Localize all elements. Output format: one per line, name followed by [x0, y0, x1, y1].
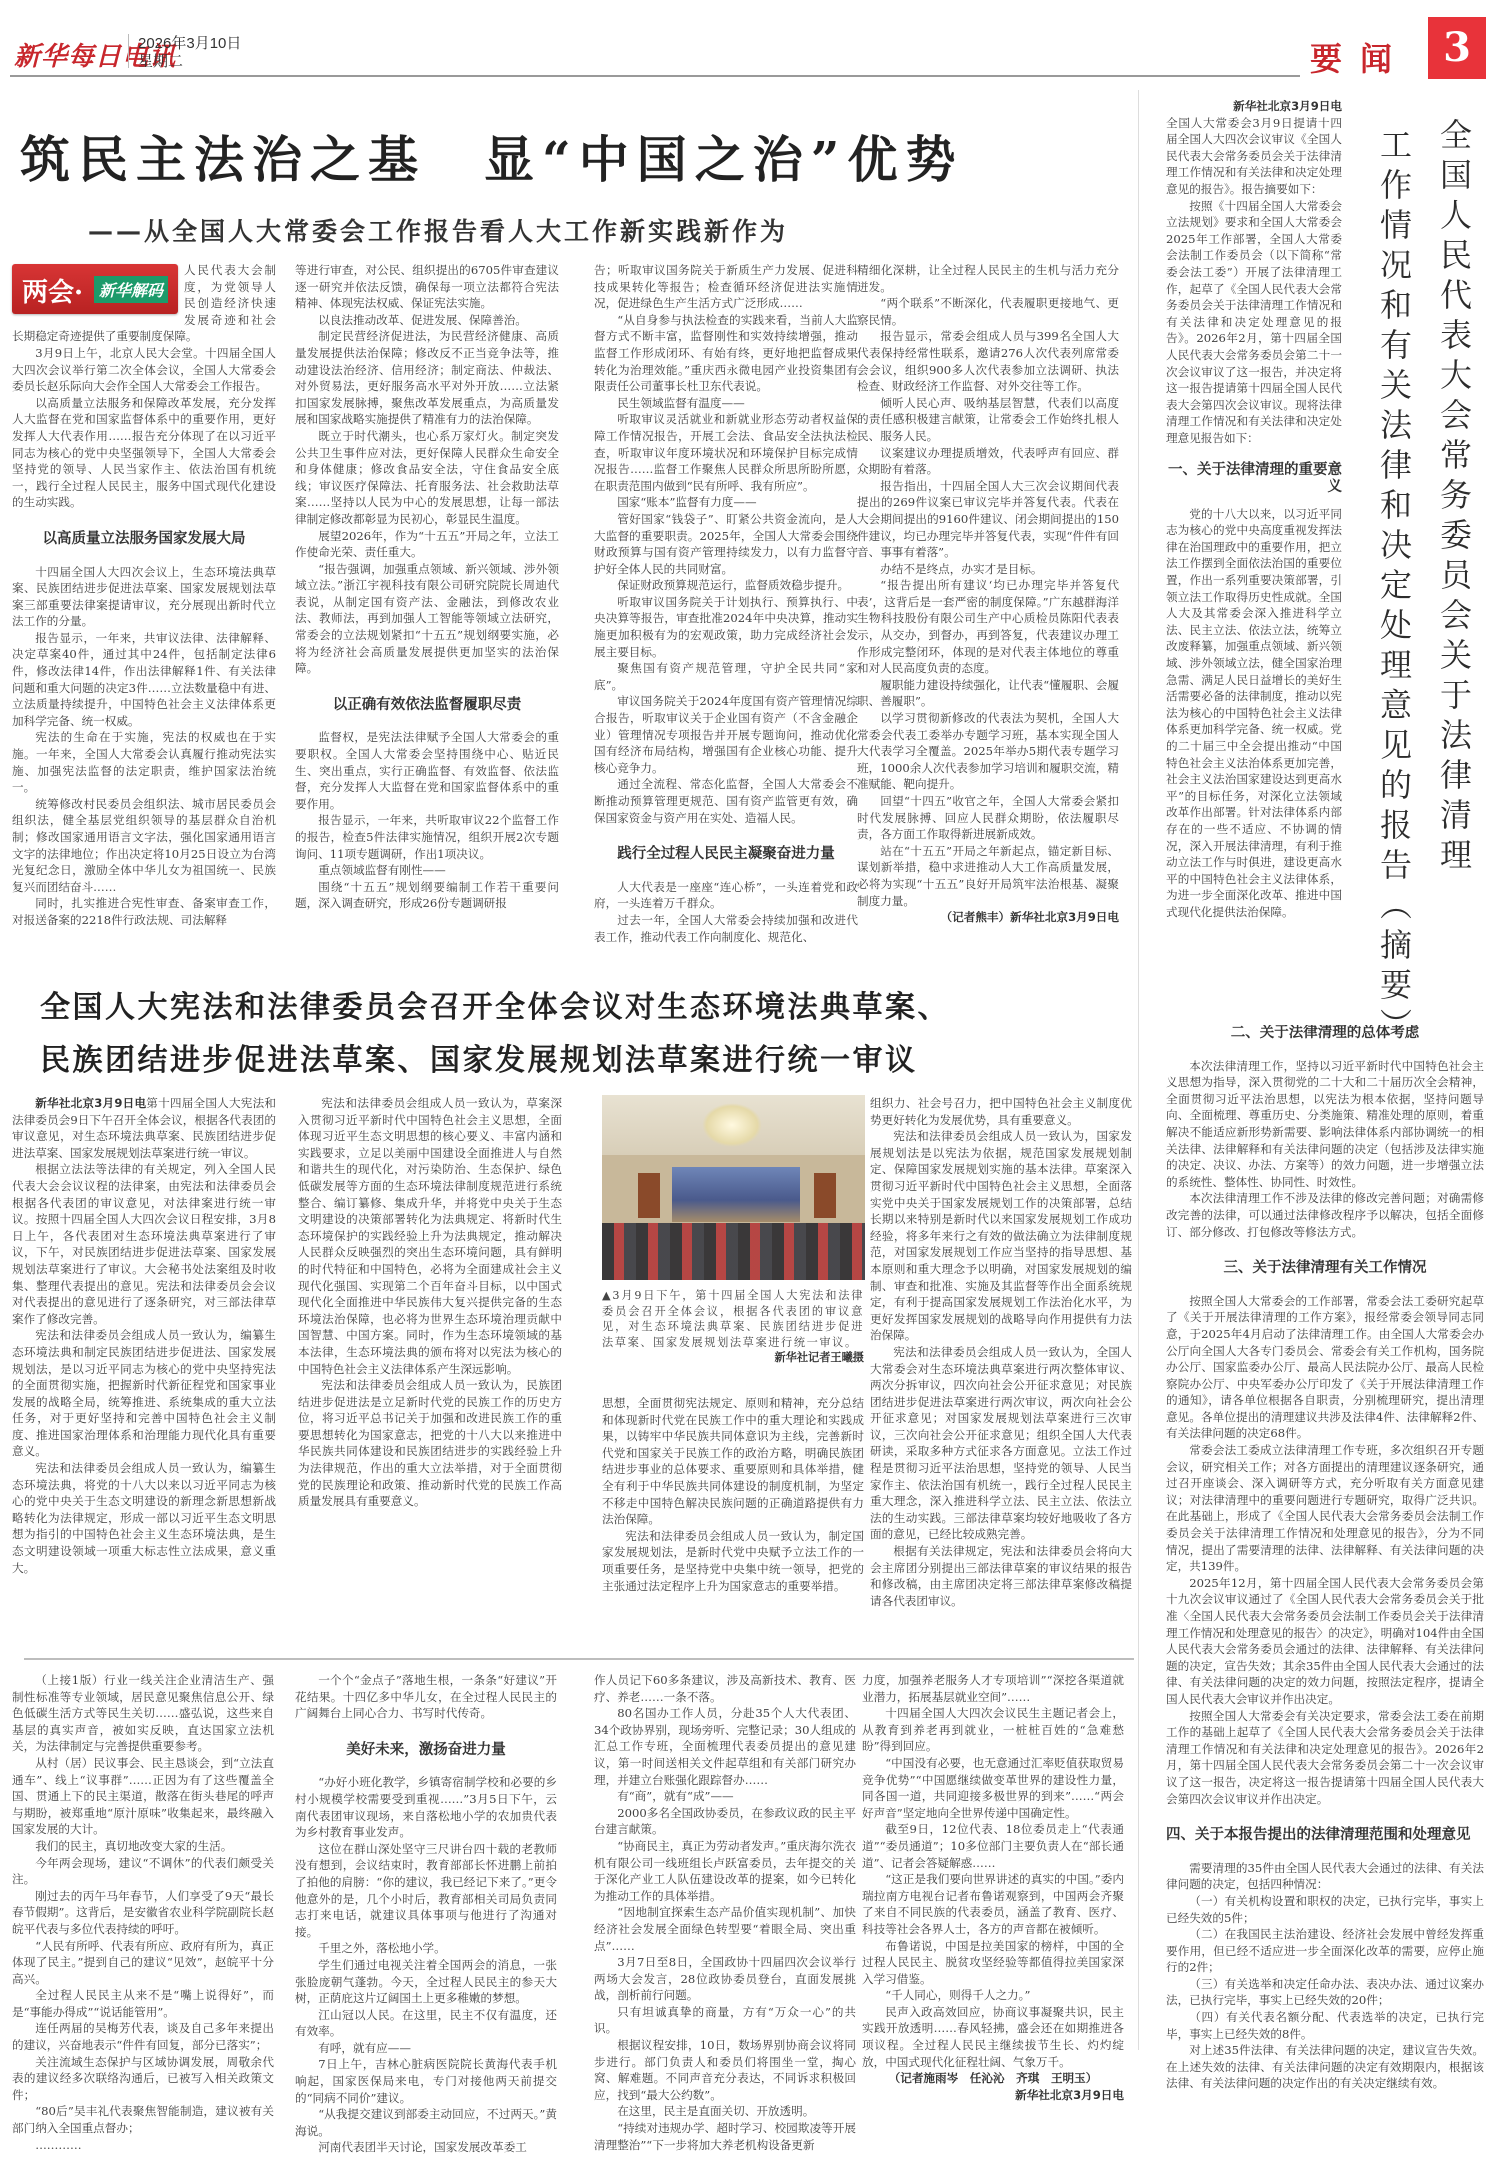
paragraph: 今年两会现场，建议“不调休”的代表们颇受关注。 — [12, 1855, 274, 1888]
paragraph: 十四届全国人大四次会议上，生态环境法典草案、民族团结进步促进法草案、国家发展规划… — [12, 564, 276, 630]
paragraph: “中国没有必要，也无意通过汇率贬值获取贸易竞争优势”“中国愿继续做变革世界的建设… — [862, 1755, 1124, 1821]
paragraph: 力度，加强养老服务人才专项培训”“深挖各渠道就业潜力，拓展基层就业空间”…… — [862, 1672, 1124, 1705]
paragraph: 倾听人民心声、吸纳基层智慧，代表们以高度的责任感积极建言献策，让常委会工作始终扎… — [857, 395, 1119, 445]
paragraph: 从村（居）民议事会、民主恳谈会，到“立法直通车”、线上“议事群”……正因为有了这… — [12, 1755, 274, 1838]
continued-column-2: 一个个“金点子”落地生根，一条条“好建议”开花结果。十四亿多中华儿女，在全过程人… — [295, 1672, 557, 2167]
paragraph: 同时，扎实推进合宪性审查、备案审查工作，对报送备案的2218件行政法规、司法解释 — [12, 895, 276, 928]
paragraph: 聚焦国有资产规范管理，守护全民共同“家底”。 — [594, 660, 858, 693]
paragraph: 党的十八大以来，以习近平同志为核心的党中央高度重视发挥法律在治国理政中的重要作用… — [1166, 506, 1342, 921]
photo-door — [638, 1173, 660, 1218]
paragraph: 报告显示，常委会组成人员与399名全国人大代表保持经常性联系，邀请276人次代表… — [857, 328, 1119, 394]
paragraph: 监督权，是宪法法律赋予全国人大常委会的重要职权。全国人大常委会坚持围绕中心、贴近… — [295, 729, 559, 812]
paragraph: 以学习贯彻新修改的代表法为契机，全国人大常委会代表工委举办专题学习班，基本实现全… — [857, 710, 1119, 793]
paragraph: 精细化深耕，让全过程人民民主的生机与活力充分迸发。 — [857, 262, 1119, 295]
lead-column-4: 精细化深耕，让全过程人民民主的生机与活力充分迸发。 “两个联系”不断深化，代表履… — [857, 262, 1119, 967]
paragraph: （二）在我国民主法治建设、经济社会发展中曾经发挥重要作用，但已经不适应进一步全面… — [1166, 1926, 1484, 1976]
paragraph: 根据立法法等法律的有关规定，列入全国人民代表大会会议议程的法律案，由宪法和法律委… — [12, 1161, 276, 1327]
lead-column-3: 告；听取审议国务院关于新质生产力发展、促进科技成果转化等报告；检查循环经济促进法… — [594, 262, 858, 967]
continued-column-4: 力度，加强养老服务人才专项培训”“深挖各渠道就业潜力，拓展基层就业空间”…… 十… — [862, 1672, 1124, 2167]
paragraph: 关注流域生态保护与区域协调发展，周敬余代表的建议经多次联络沟通后，已被写入相关政… — [12, 2054, 274, 2104]
paragraph: 议案建议办理提质增效，代表呼声有回应、群众期盼有着落。 — [857, 445, 1119, 478]
lead-subheadline: ——从全国人大常委会工作报告看人大工作新实践新作为 — [88, 212, 788, 248]
paragraph: 只有坦诚真挚的商量，方有“万众一心”的共识。 — [594, 2004, 856, 2037]
paragraph: 通过全流程、常态化监督，全国人大常委会不断推动预算管理更规范、国有资产监管更有效… — [594, 776, 858, 826]
issue-date: 2026年3月10日 星期二 — [138, 35, 241, 71]
paragraph: 根据有关法律规定，宪法和法律委员会将向大会主席团分别提出三部法律草案的审议结果的… — [870, 1543, 1132, 1609]
paragraph: 千里之外，落松地小学。 — [295, 1940, 557, 1957]
paragraph: 听取审议国务院关于计划执行、预算执行、中央决算等报告，审查批准2024年中央决算… — [594, 594, 858, 660]
paragraph: “80后”吴丰礼代表聚焦智能制造，建议被有关部门纳入全国重点督办； — [12, 2103, 274, 2136]
paragraph: 十四届全国人大四次会议民生主题记者会上，从教育到养老再到就业，一桩桩百姓的“急难… — [862, 1705, 1124, 1755]
paragraph: 学生们通过电视关注着全国两会的消息，一张张脸庞朝气蓬勃。今天，全过程人民民主的参… — [295, 1957, 557, 2007]
paragraph: “协商民主，真正为劳动者发声。”重庆海尔洗衣机有限公司一线班组长卢跃富委员，去年… — [594, 1838, 856, 1904]
paragraph: 宪法和法律委员会组成人员一致认为，编纂生态环境法典，将党的十八大以来以习近平同志… — [12, 1460, 276, 1576]
paragraph: 2000多名全国政协委员，在参政议政的民主平台建言献策。 — [594, 1805, 856, 1838]
paragraph: “千人同心，则得千人之力。” — [862, 1987, 1124, 2004]
paragraph: 民声入政高效回应，协商议事凝聚共识，民主实践开放透明……春风轻拂，盛会还在如期推… — [862, 2004, 1124, 2070]
meeting-photo — [602, 1095, 865, 1280]
column-rule — [1138, 90, 1139, 2050]
paragraph: 组织力、社会号召力，把中国特色社会主义制度优势更好转化为发展优势，具有重要意义。 — [870, 1095, 1132, 1128]
paragraph: 按照《十四届全国人大常委会立法规划》要求和全国人大常委会2025年工作部署，全国… — [1166, 198, 1342, 447]
paragraph: 宪法和法律委员会组成人员一致认为，民族团结进步促进法是立足新时代党的民族工作的历… — [298, 1377, 562, 1510]
paragraph: 对上述35件法律、有关法律问题的决定，建议宣告失效。在上述失效的法律、有关法律问… — [1166, 2042, 1484, 2092]
section-heading: 美好未来，激扬奋进力量 — [295, 1742, 557, 1759]
photo-chandelier — [702, 1103, 762, 1147]
paragraph: 民生领域监督有温度—— — [594, 395, 858, 412]
paragraph: 宪法和法律委员会组成人员一致认为，国家发展规划法是以宪法为依据，规范国家发展规划… — [870, 1128, 1132, 1344]
paragraph: 有呼，就有应—— — [295, 2040, 557, 2057]
weekday-text: 星期二 — [138, 53, 241, 71]
paragraph: 江山冠以人民。在这里，民主不仅有温度，还有效率。 — [295, 2007, 557, 2040]
paragraph: 我们的民主，真切地改变大家的生活。 — [12, 1838, 274, 1855]
section-heading: 践行全过程人民民主凝聚奋进力量 — [594, 846, 858, 863]
paragraph: 报告显示，一年来，共听取审议22个监督工作的报告，检查5件法律实施情况，组织开展… — [295, 812, 559, 862]
paragraph: 本次法律清理工作不涉及法律的修改完善问题；对确需修改完善的法律，可以通过法律修改… — [1166, 1190, 1484, 1240]
second-column-3: 思想，全面贯彻宪法规定、原则和精神，充分总结和体现新时代党在民族工作中的重大理论… — [602, 1395, 864, 1635]
paragraph: 履职能力建设持续强化，让代表“懂履职、会履职、善履职”。 — [857, 677, 1119, 710]
paragraph: “持续对违规办学、超时学习、校园欺凌等开展清理整治”“下一步将加大养老机构设备更… — [594, 2120, 856, 2153]
section-heading: 四、关于本报告提出的法律清理范围和处理意见 — [1166, 1827, 1484, 1844]
paragraph: 布鲁诺说，中国是拉美国家的榜样，中国的全过程人民民主、脱贫攻坚经验等都值得拉美国… — [862, 1938, 1124, 1988]
paragraph: “这正是我们要向世界讲述的真实的中国。”委内瑞拉南方电视台记者布鲁诺观察到，中国… — [862, 1871, 1124, 1937]
sidebar-body-column: 二、关于法律清理的总体考虑 本次法律清理工作，坚持以习近平新时代中国特色社会主义… — [1166, 1025, 1484, 2165]
lead-column-2: 等进行审查，对公民、组织提出的6705件审查建议逐一研究并依法反馈，确保每一项立… — [295, 262, 559, 967]
paragraph: 宪法和法律委员会组成人员一致认为，编纂生态环境法典和制定民族团结进步促进法、国家… — [12, 1327, 276, 1460]
section-heading: 以正确有效依法监督履职尽责 — [295, 697, 559, 714]
photo-door — [814, 1173, 836, 1218]
paragraph: （四）有关代表名额分配、代表选举的决定，已执行完毕，事实上已经失效的8件。 — [1166, 2009, 1484, 2042]
paragraph: 思想，全面贯彻宪法规定、原则和精神，充分总结和体现新时代党在民族工作中的重大理论… — [602, 1395, 864, 1528]
page-number-badge: 3 — [1428, 17, 1486, 79]
second-headline-line-2: 民族团结进步促进法草案、国家发展规划法草案进行统一审议 — [40, 1035, 918, 1079]
paragraph: 有“商”，就有“成”—— — [594, 1788, 856, 1805]
section-heading: 以高质量立法服务国家发展大局 — [12, 531, 276, 548]
paragraph: 宪法和法律委员会组成人员一致认为，全国人大常委会对生态环境法典草案进行两次整体审… — [870, 1344, 1132, 1543]
paragraph: 这位在群山深处坚守三尺讲台四十载的老教师没有想到，会议结束时，教育部部长怀进鹏上… — [295, 1841, 557, 1941]
continued-column-1: （上接1版）行业一线关注企业清洁生产、强制性标准等专业领域，居民意见聚焦信息公开… — [12, 1672, 274, 2167]
photo-screen — [672, 1167, 800, 1222]
paragraph: “办好小班化教学，乡镇寄宿制学校和必要的乡村小规模学校需要受到重视……”3月5日… — [295, 1774, 557, 1840]
second-column-2: 宪法和法律委员会组成人员一致认为，草案深入贯彻习近平新时代中国特色社会主义思想，… — [298, 1095, 562, 1635]
paragraph: 3月9日上午，北京人民大会堂。十四届全国人大四次会议举行第二次全体会议，全国人大… — [12, 345, 276, 395]
paragraph: ………… — [12, 2137, 274, 2154]
paragraph: 告；听取审议国务院关于新质生产力发展、促进科技成果转化等报告；检查循环经济促进法… — [594, 262, 858, 312]
dateline: 新华社北京3月9日电 — [1166, 98, 1342, 115]
paragraph: “人民有所呼、代表有所应、政府有所为，真正体现了民主。”提到自己的建议“见效”，… — [12, 1938, 274, 1988]
paragraph: 刚过去的丙午马年春节，人们享受了9天“最长春节假期”。这背后，是安徽省农业科学院… — [12, 1888, 274, 1938]
section-heading: 三、关于法律清理有关工作情况 — [1166, 1260, 1484, 1277]
section-heading: 一、关于法律清理的重要意义 — [1166, 462, 1342, 495]
paragraph: 常委会法工委成立法律清理工作专班，多次组织召开专题会议，研究相关工作；对各方面提… — [1166, 1442, 1484, 1575]
paragraph: 听取审议灵活就业和新就业形态劳动者权益保障工作情况报告，开展工会法、食品安全法执… — [594, 411, 858, 494]
paragraph: 需要清理的35件由全国人民代表大会通过的法律、有关法律问题的决定，包括四种情况： — [1166, 1860, 1484, 1893]
paragraph: 报告显示，一年来，共审议法律、法律解释、决定草案40件，通过其中24件，包括制定… — [12, 630, 276, 730]
paragraph: “报告提出所有建议‘均已办理完毕并答复代表’，这背后是一套严密的制度保障。”广东… — [857, 577, 1119, 677]
byline: （记者熊丰）新华社北京3月9日电 — [857, 909, 1119, 926]
second-column-1: 新华社北京3月9日电第十四届全国人大宪法和法律委员会9日下午召开全体会议，根据各… — [12, 1095, 276, 1635]
paragraph: 过去一年，全国人大常委会持续加强和改进代表工作，推动代表工作向制度化、规范化、 — [594, 912, 858, 945]
paragraph: 全国人大常委会3月9日提请十四届全国人大四次会议审议《全国人民代表大会常务委员会… — [1166, 115, 1342, 198]
second-headline-line-1: 全国人大宪法和法律委员会召开全体会议对生态环境法典草案、 — [40, 982, 950, 1026]
paragraph: （上接1版）行业一线关注企业清洁生产、强制性标准等专业领域，居民意见聚焦信息公开… — [12, 1672, 274, 1755]
paragraph: 按照全国人大常委会有关决定要求，常委会法工委在前期工作的基础上起草了《全国人民代… — [1166, 1708, 1484, 1808]
paragraph: 回望“十四五”收官之年，全国人大常委会紧扣时代发展脉搏、回应人民群众期盼，依法履… — [857, 793, 1119, 843]
badge-float-spacer — [12, 262, 184, 328]
paragraph: 国家“账本”监督有力度—— — [594, 494, 858, 511]
byline-dateline: 新华社北京3月9日电 — [862, 2087, 1124, 2104]
paragraph: 宪法和法律委员会组成人员一致认为，草案深入贯彻习近平新时代中国特色社会主义思想，… — [298, 1095, 562, 1377]
second-column-4: 组织力、社会号召力，把中国特色社会主义制度优势更好转化为发展优势，具有重要意义。… — [870, 1095, 1132, 1635]
caption-text: ▲3月9日下午，第十四届全国人大宪法和法律委员会召开全体会议，根据各代表团的审议… — [602, 1289, 864, 1349]
photo-meeting-tables — [602, 1223, 865, 1280]
lead-headline: 筑民主法治之基 显“中国之治”优势 — [20, 120, 964, 192]
paragraph: 制定民营经济促进法，为民营经济健康、高质量发展提供法治保障；修改反不正当竞争法等… — [295, 328, 559, 428]
paragraph: 管好国家“钱袋子”、盯紧公共资金流向，是人大监督的重要职责。2025年，全国人大… — [594, 511, 858, 577]
paragraph: 按照全国人大常委会的工作部署，常委会法工委研究起草了《关于开展法律清理的工作方案… — [1166, 1293, 1484, 1442]
paragraph: 以高质量立法服务和保障改革发展，充分发挥人大监督在党和国家监督体系中的重要作用，… — [12, 395, 276, 511]
section-heading: 二、关于法律清理的总体考虑 — [1166, 1025, 1484, 1042]
lead-column-1: 人民代表大会制度，为党领导人民创造经济快速发展奇迹和社会长期稳定奇迹提供了重要制… — [12, 262, 276, 967]
paragraph: 7日上午，吉林心脏病医院院长黄海代表手机响起，国家医保局来电，专门对接他两天前提… — [295, 2056, 557, 2106]
paragraph: 截至9日，12位代表、18位委员走上“代表通道”“委员通道”；10多位部门主要负… — [862, 1821, 1124, 1871]
paragraph: 宪法的生命在于实施，宪法的权威也在于实施。一年来，全国人大常委会认真履行推动宪法… — [12, 729, 276, 795]
report-title-left: 工作情况和有关法律和决定处理意见的报告（摘要） — [1364, 128, 1424, 1048]
paragraph: “两个联系”不断深化，代表履职更接地气、更察民情。 — [857, 295, 1119, 328]
paragraph: 重点领域监督有刚性—— — [295, 862, 559, 879]
continued-column-3: 作人员记下60多条建议，涉及高新技术、教育、医疗、养老……一条不落。 80名国办… — [594, 1672, 856, 2167]
paragraph: （三）有关选举和决定任命办法、表决办法、通过议案办法，已执行完毕，事实上已经失效… — [1166, 1976, 1484, 2009]
paragraph: 统筹修改村民委员会组织法、城市居民委员会组织法，健全基层党组织领导的基层群众自治… — [12, 796, 276, 896]
paragraph: 2025年12月，第十四届全国人民代表大会常务委员会第十九次会议审议通过了《全国… — [1166, 1575, 1484, 1708]
photo-caption: ▲3月9日下午，第十四届全国人大宪法和法律委员会召开全体会议，根据各代表团的审议… — [602, 1288, 864, 1366]
paragraph: 一个个“金点子”落地生根，一条条“好建议”开花结果。十四亿多中华儿女，在全过程人… — [295, 1672, 557, 1722]
paragraph: “从我提交建议到部委主动回应，不过两天。”黄海说。 — [295, 2106, 557, 2139]
paragraph: 等进行审查，对公民、组织提出的6705件审查建议逐一研究并依法反馈，确保每一项立… — [295, 262, 559, 312]
paragraph: 以良法推动改革、促进发展、保障善治。 — [295, 312, 559, 329]
dateline: 新华社北京3月9日电 — [35, 1096, 146, 1110]
paragraph: 连任两届的吴梅芳代表，谈及自己多年来提出的建议，兴奋地表示“件件有回复，部分已落… — [12, 2020, 274, 2053]
paragraph: 审议国务院关于2024年度国有资产管理情况综合报告，听取审议关于企业国有资产（不… — [594, 693, 858, 776]
paragraph: （一）有关机构设置和职权的决定，已执行完毕，事实上已经失效的5件； — [1166, 1893, 1484, 1926]
paragraph: 保证财政预算规范运行，监督质效稳步提升。 — [594, 577, 858, 594]
section-divider — [24, 1658, 1134, 1660]
masthead: 新华每日电讯 2026年3月10日 星期二 要闻 3 — [10, 0, 1490, 80]
paragraph: 站在“十五五”开局之年新起点，锚定新目标、谋划新举措，稳中求进推动人大工作高质量… — [857, 843, 1119, 909]
section-name: 要闻 — [1310, 34, 1410, 80]
paragraph: 全过程人民民主从来不是“嘴上说得好”，而是“事能办得成”“说话能管用”。 — [12, 1987, 274, 2020]
byline-reporters: （记者施雨岑 任沁沁 齐琪 王明玉） — [862, 2070, 1124, 2087]
paragraph: 展望2026年，作为“十五五”开局之年，立法工作使命光荣、责任重大。 — [295, 528, 559, 561]
paragraph: 在这里，民主是直面关切、开放透明。 — [594, 2103, 856, 2120]
date-text: 2026年3月10日 — [138, 35, 241, 53]
paragraph: 人大代表是一座座“连心桥”，一头连着党和政府，一头连着万千群众。 — [594, 879, 858, 912]
paragraph: 宪法和法律委员会组成人员一致认为，制定国家发展规划法，是新时代党中央赋予立法工作… — [602, 1528, 864, 1594]
masthead-divider — [128, 34, 129, 68]
paragraph: 根据议程安排，10日，数场界别协商会议将同步进行。部门负责人和委员们将围坐一堂，… — [594, 2037, 856, 2103]
paragraph: “报告强调，加强重点领域、新兴领域、涉外领域立法。”浙江宇视科技有限公司研究院院… — [295, 561, 559, 677]
photo-credit: 新华社记者王曦摄 — [602, 1350, 864, 1366]
paragraph: 3月7日至8日，全国政协十四届四次会议举行两场大会发言，28位政协委员登台，直面… — [594, 1954, 856, 2004]
paragraph: “因地制宜探索生态产品价值实现机制”、加快经济社会发展全面绿色转型要“着眼全局、… — [594, 1904, 856, 1954]
paragraph: 既立于时代潮头，也心系万家灯火。制定突发公共卫生事件应对法，更好保障人民群众生命… — [295, 428, 559, 528]
paragraph: “从自身参与执法检查的实践来看，当前人大监督方式不断丰富，监督刚性和实效持续增强… — [594, 312, 858, 395]
paragraph: 作人员记下60多条建议，涉及高新技术、教育、医疗、养老……一条不落。 — [594, 1672, 856, 1705]
masthead-rule — [10, 75, 1300, 77]
paragraph: 围绕“十五五”规划纲要编制工作若干重要问题，深入调查研究，形成26份专题调研报 — [295, 879, 559, 912]
paragraph: 本次法律清理工作，坚持以习近平新时代中国特色社会主义思想为指导，深入贯彻党的二十… — [1166, 1058, 1484, 1191]
report-title-right: 全国人民代表大会常务委员会关于法律清理 — [1424, 118, 1484, 878]
paragraph: 报告指出，十四届全国人大三次会议期间代表提出的269件议案已审议完毕并答复代表。… — [857, 478, 1119, 561]
paragraph: 办结不是终点，办实才是目标。 — [857, 561, 1119, 578]
paragraph: 80名国办工作人员，分赴35个人大代表团、34个政协界别，现场旁听、完整记录；3… — [594, 1705, 856, 1788]
paragraph: 河南代表团半天讨论，国家发展改革委工 — [295, 2139, 557, 2156]
sidebar-intro-column: 新华社北京3月9日电 全国人大常委会3月9日提请十四届全国人大四次会议审议《全国… — [1166, 98, 1342, 1023]
